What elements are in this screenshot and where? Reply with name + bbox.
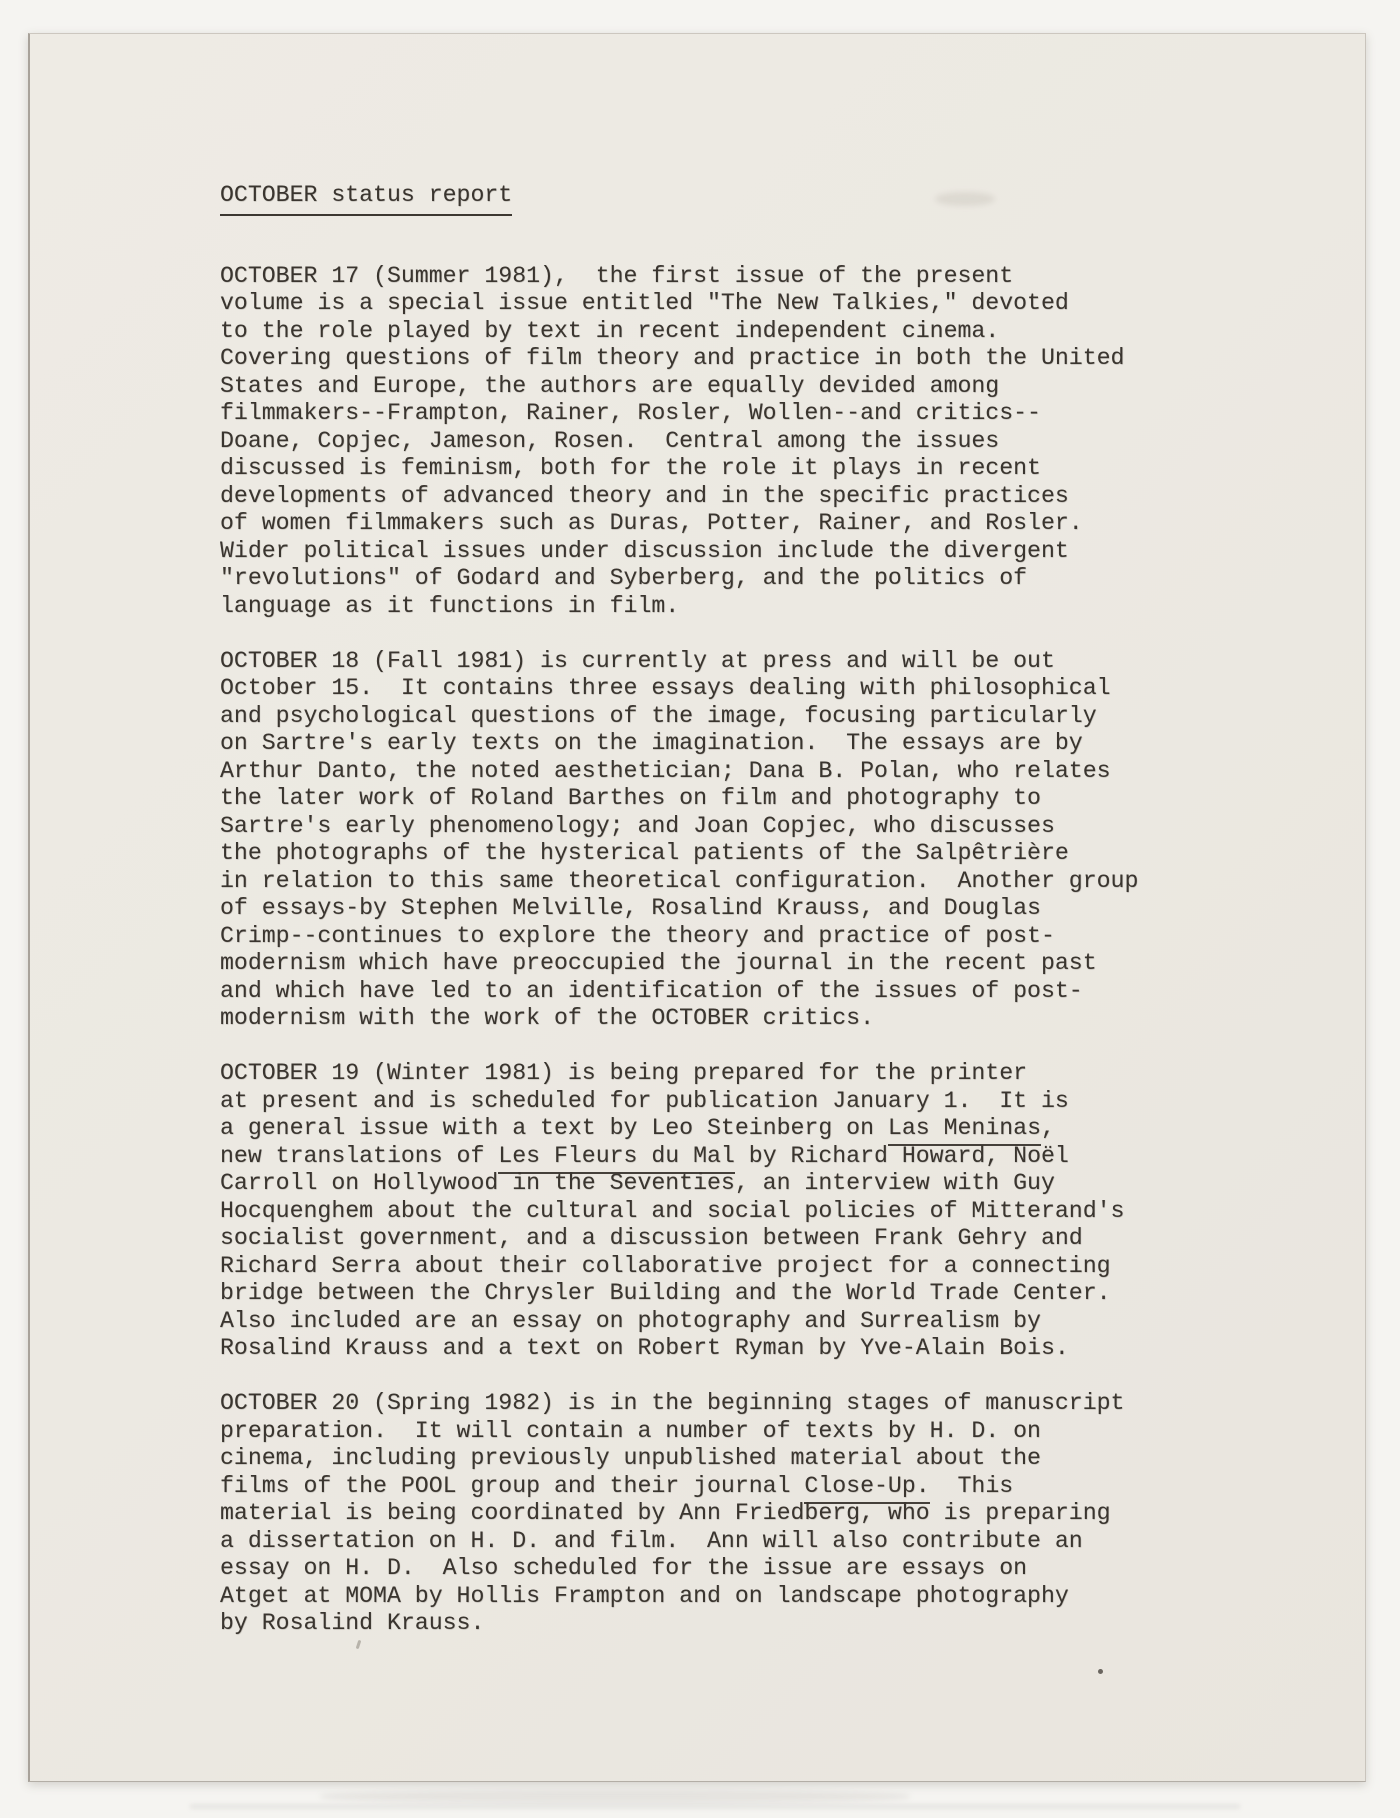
text-line: OCTOBER 20 (Spring 1982) is in the begin… — [220, 1390, 1138, 1418]
text-line: bridge between the Chrysler Building and… — [220, 1280, 1138, 1308]
scan-ghost-text-artifact — [320, 1790, 910, 1803]
document-body: OCTOBER 17 (Summer 1981), the first issu… — [220, 263, 1138, 1638]
text-line: States and Europe, the authors are equal… — [220, 373, 1138, 401]
text-line: by Rosalind Krauss. — [220, 1610, 1138, 1638]
underlined-text: Close-Up. — [804, 1473, 929, 1504]
text-line: in relation to this same theoretical con… — [220, 868, 1138, 896]
text-line: Covering questions of film theory and pr… — [220, 345, 1138, 373]
paragraph: OCTOBER 19 (Winter 1981) is being prepar… — [220, 1060, 1138, 1363]
text-line: Sartre's early phenomenology; and Joan C… — [220, 813, 1138, 841]
text-line: "revolutions" of Godard and Syberberg, a… — [220, 565, 1138, 593]
text-line: language as it functions in film. — [220, 593, 1138, 621]
text-line: Carroll on Hollywood in the Seventies, a… — [220, 1170, 1138, 1198]
text-line: the photographs of the hysterical patien… — [220, 840, 1138, 868]
underlined-text: Las Meninas — [888, 1115, 1041, 1146]
text-line: modernism with the work of the OCTOBER c… — [220, 1005, 1138, 1033]
text-line: Wider political issues under discussion … — [220, 538, 1138, 566]
text-line: OCTOBER 17 (Summer 1981), the first issu… — [220, 263, 1138, 291]
paragraph: OCTOBER 17 (Summer 1981), the first issu… — [220, 263, 1138, 621]
text-line: of women filmmakers such as Duras, Potte… — [220, 510, 1138, 538]
scanned-paper-sheet: OCTOBER status report OCTOBER 17 (Summer… — [28, 33, 1366, 1782]
paragraph: OCTOBER 20 (Spring 1982) is in the begin… — [220, 1390, 1138, 1638]
text-line: Atget at MOMA by Hollis Frampton and on … — [220, 1583, 1138, 1611]
text-line: discussed is feminism, both for the role… — [220, 455, 1138, 483]
text-line: Also included are an essay on photograph… — [220, 1308, 1138, 1336]
scan-edge-shadow-artifact — [190, 1804, 1240, 1809]
page-title: OCTOBER status report — [220, 182, 512, 216]
paragraph: OCTOBER 18 (Fall 1981) is currently at p… — [220, 648, 1138, 1033]
text-line: essay on H. D. Also scheduled for the is… — [220, 1555, 1138, 1583]
text-line: Arthur Danto, the noted aesthetician; Da… — [220, 758, 1138, 786]
text-line: and which have led to an identification … — [220, 978, 1138, 1006]
text-line: Doane, Copjec, Jameson, Rosen. Central a… — [220, 428, 1138, 456]
text-line: preparation. It will contain a number of… — [220, 1418, 1138, 1446]
underlined-text: Les Fleurs du Mal — [498, 1143, 735, 1174]
text-line: new translations of Les Fleurs du Mal by… — [220, 1143, 1138, 1171]
scan-dot-artifact — [1098, 1669, 1103, 1674]
text-line: OCTOBER 18 (Fall 1981) is currently at p… — [220, 648, 1138, 676]
text-line: OCTOBER 19 (Winter 1981) is being prepar… — [220, 1060, 1138, 1088]
text-line: the later work of Roland Barthes on film… — [220, 785, 1138, 813]
text-line: filmmakers--Frampton, Rainer, Rosler, Wo… — [220, 400, 1138, 428]
text-line: developments of advanced theory and in t… — [220, 483, 1138, 511]
text-line: October 15. It contains three essays dea… — [220, 675, 1138, 703]
text-line: Hocquenghem about the cultural and socia… — [220, 1198, 1138, 1226]
text-line: Richard Serra about their collaborative … — [220, 1253, 1138, 1281]
text-line: socialist government, and a discussion b… — [220, 1225, 1138, 1253]
text-line: a dissertation on H. D. and film. Ann wi… — [220, 1528, 1138, 1556]
text-line: films of the POOL group and their journa… — [220, 1473, 1138, 1501]
text-line: on Sartre's early texts on the imaginati… — [220, 730, 1138, 758]
title-row: OCTOBER status report — [220, 182, 1138, 216]
typewritten-content: OCTOBER status report OCTOBER 17 (Summer… — [220, 182, 1138, 1665]
text-line: material is being coordinated by Ann Fri… — [220, 1500, 1138, 1528]
text-line: modernism which have preoccupied the jou… — [220, 950, 1138, 978]
text-line: to the role played by text in recent ind… — [220, 318, 1138, 346]
text-line: volume is a special issue entitled "The … — [220, 290, 1138, 318]
text-line: Crimp--continues to explore the theory a… — [220, 923, 1138, 951]
text-line: Rosalind Krauss and a text on Robert Rym… — [220, 1335, 1138, 1363]
text-line: and psychological questions of the image… — [220, 703, 1138, 731]
page-background: { "document": { "title": "OCTOBER status… — [0, 0, 1400, 1818]
scan-smudge-artifact — [935, 192, 995, 206]
text-line: at present and is scheduled for publicat… — [220, 1088, 1138, 1116]
text-line: cinema, including previously unpublished… — [220, 1445, 1138, 1473]
text-line: of essays-by Stephen Melville, Rosalind … — [220, 895, 1138, 923]
text-line: a general issue with a text by Leo Stein… — [220, 1115, 1138, 1143]
